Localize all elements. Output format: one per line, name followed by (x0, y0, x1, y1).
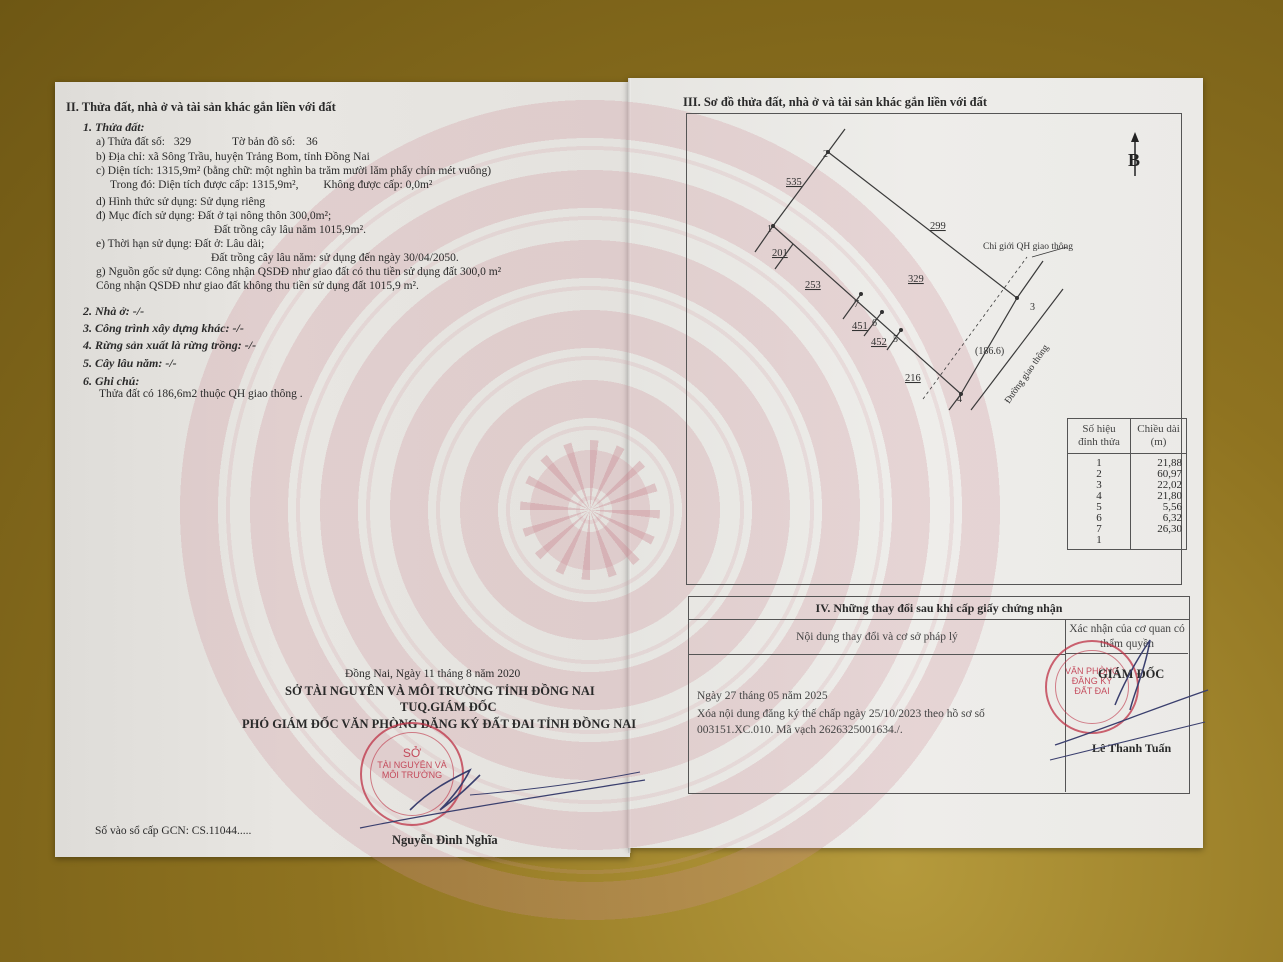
issuer-line-1: SỞ TÀI NGUYÊN VÀ MÔI TRƯỜNG TỈNH ĐỒNG NA… (285, 684, 595, 699)
area-breakdown: Trong đó: Diện tích được cấp: 1315,9m², … (110, 179, 432, 191)
map-sheet-label: Tờ bản đồ số: (232, 136, 295, 148)
distance-row: 726,30 (1068, 524, 1187, 535)
section-iii-title: III. Sơ đồ thửa đất, nhà ở và tài sản kh… (683, 95, 987, 110)
issuer-line-2: TUQ.GIÁM ĐỐC (400, 700, 497, 715)
col-change-content: Nội dung thay đổi và cơ sở pháp lý (689, 620, 1066, 655)
land-plot-heading: 1. Thửa đất: (83, 120, 145, 135)
vertex-3 (1015, 296, 1019, 300)
vertex-label-1: 1 (767, 224, 772, 235)
vertex-label-6: 6 (872, 318, 877, 329)
change-entry-date: Ngày 27 tháng 05 năm 2025 (697, 690, 828, 702)
col-length-header: Chiều dài (m) (1131, 419, 1187, 454)
origin-1: g) Nguồn gốc sử dụng: Công nhận QSDĐ như… (96, 266, 501, 278)
neighbor-parcel-253: 253 (805, 280, 821, 291)
planning-boundary-label: Chỉ giới QH giao thông (983, 242, 1073, 252)
neighbor-parcel-201: 201 (772, 248, 788, 259)
neighbor-parcel-535: 535 (786, 177, 802, 188)
usage-purpose-2: Đất trồng cây lâu năm 1015,9m². (214, 224, 366, 236)
usage-term-1: e) Thời hạn sử dụng: Đất ở: Lâu dài; (96, 238, 264, 250)
notes-text: Thửa đất có 186,6m2 thuộc QH giao thông … (99, 388, 303, 400)
change-entry-line-2: 003151.XC.010. Mã vạch 2626325001634./. (697, 724, 903, 736)
production-forest: 4. Rừng sản xuất là rừng trồng: -/- (83, 338, 256, 353)
col-vertex-header: Số hiệu đỉnh thửa (1068, 419, 1131, 454)
vertex-6 (880, 310, 884, 314)
parcel-329-label: 329 (908, 274, 924, 285)
area-granted: Trong đó: Diện tích được cấp: 1315,9m², (110, 179, 298, 191)
vertex-label-2: 2 (823, 149, 828, 160)
vertex-label-4: 4 (957, 394, 962, 405)
edge-length (1131, 535, 1187, 550)
address: b) Địa chỉ: xã Sông Trầu, huyện Trảng Bo… (96, 151, 370, 163)
vertex-id: 1 (1068, 454, 1131, 470)
vertex-label-7: 7 (854, 299, 859, 310)
plot-number-label: a) Thửa đất số: (96, 136, 165, 148)
signing-date: Đồng Nai, Ngày 11 tháng 8 năm 2020 (345, 668, 520, 680)
area-not-granted: Không được cấp: 0,0m² (323, 179, 432, 191)
section-ii-title: II. Thửa đất, nhà ở và tài sản khác gắn … (66, 100, 336, 115)
house: 2. Nhà ở: -/- (83, 304, 144, 319)
neighbor-parcel-216: 216 (905, 373, 921, 384)
vertex-label-3: 3 (1030, 302, 1035, 313)
origin-2: Công nhận QSDĐ như giao đất không thu ti… (96, 280, 419, 292)
change-entry-line-1: Xóa nội dung đăng ký thế chấp ngày 25/10… (697, 708, 985, 720)
registry-number: Số vào sổ cấp GCN: CS.11044..... (95, 825, 251, 837)
usage-form: d) Hình thức sử dụng: Sử dụng riêng (96, 196, 265, 208)
svg-text:B: B (1128, 150, 1140, 170)
vertex-7 (859, 292, 863, 296)
plot-number-row: a) Thửa đất số: 329 Tờ bản đồ số: 36 (96, 136, 318, 148)
changes-title: IV. Những thay đổi sau khi cấp giấy chứn… (689, 597, 1189, 620)
vertex-label-5: 5 (893, 334, 898, 345)
perennial-trees: 5. Cây lâu năm: -/- (83, 356, 177, 371)
distance-row: 121,88 (1068, 454, 1187, 470)
edge-length: 21,88 (1131, 454, 1187, 470)
signature-right (1040, 630, 1210, 770)
vertex-id: 1 (1068, 535, 1131, 550)
distance-row: 1 (1068, 535, 1187, 550)
signature-left (350, 750, 650, 840)
planning-area-label: (186.6) (975, 346, 1004, 357)
neighbor-parcel-451: 451 (852, 321, 868, 332)
road-label: Đường giao thông (1003, 343, 1051, 406)
neighbor-parcel-452: 452 (871, 337, 887, 348)
distance-table: Số hiệu đỉnh thửa Chiều dài (m) 121,8826… (1067, 418, 1187, 550)
map-sheet: 36 (306, 136, 318, 148)
plot-number: 329 (174, 136, 191, 148)
usage-purpose-1: đ) Mục đích sử dụng: Đất ở tại nông thôn… (96, 210, 331, 222)
area: c) Diện tích: 1315,9m² (bằng chữ: một ng… (96, 165, 491, 177)
vertex-5 (899, 328, 903, 332)
usage-term-2: Đất trồng cây lâu năm: sử dụng đến ngày … (211, 252, 459, 264)
signer-name: Nguyễn Đình Nghĩa (392, 833, 498, 848)
edge-length: 26,30 (1131, 524, 1187, 535)
neighbor-parcel-299: 299 (930, 221, 946, 232)
notes-heading: 6. Ghi chú: (83, 374, 139, 389)
other-construction: 3. Công trình xây dựng khác: -/- (83, 321, 244, 336)
page-fold (628, 78, 631, 853)
north-arrow-icon: B (1128, 132, 1140, 176)
